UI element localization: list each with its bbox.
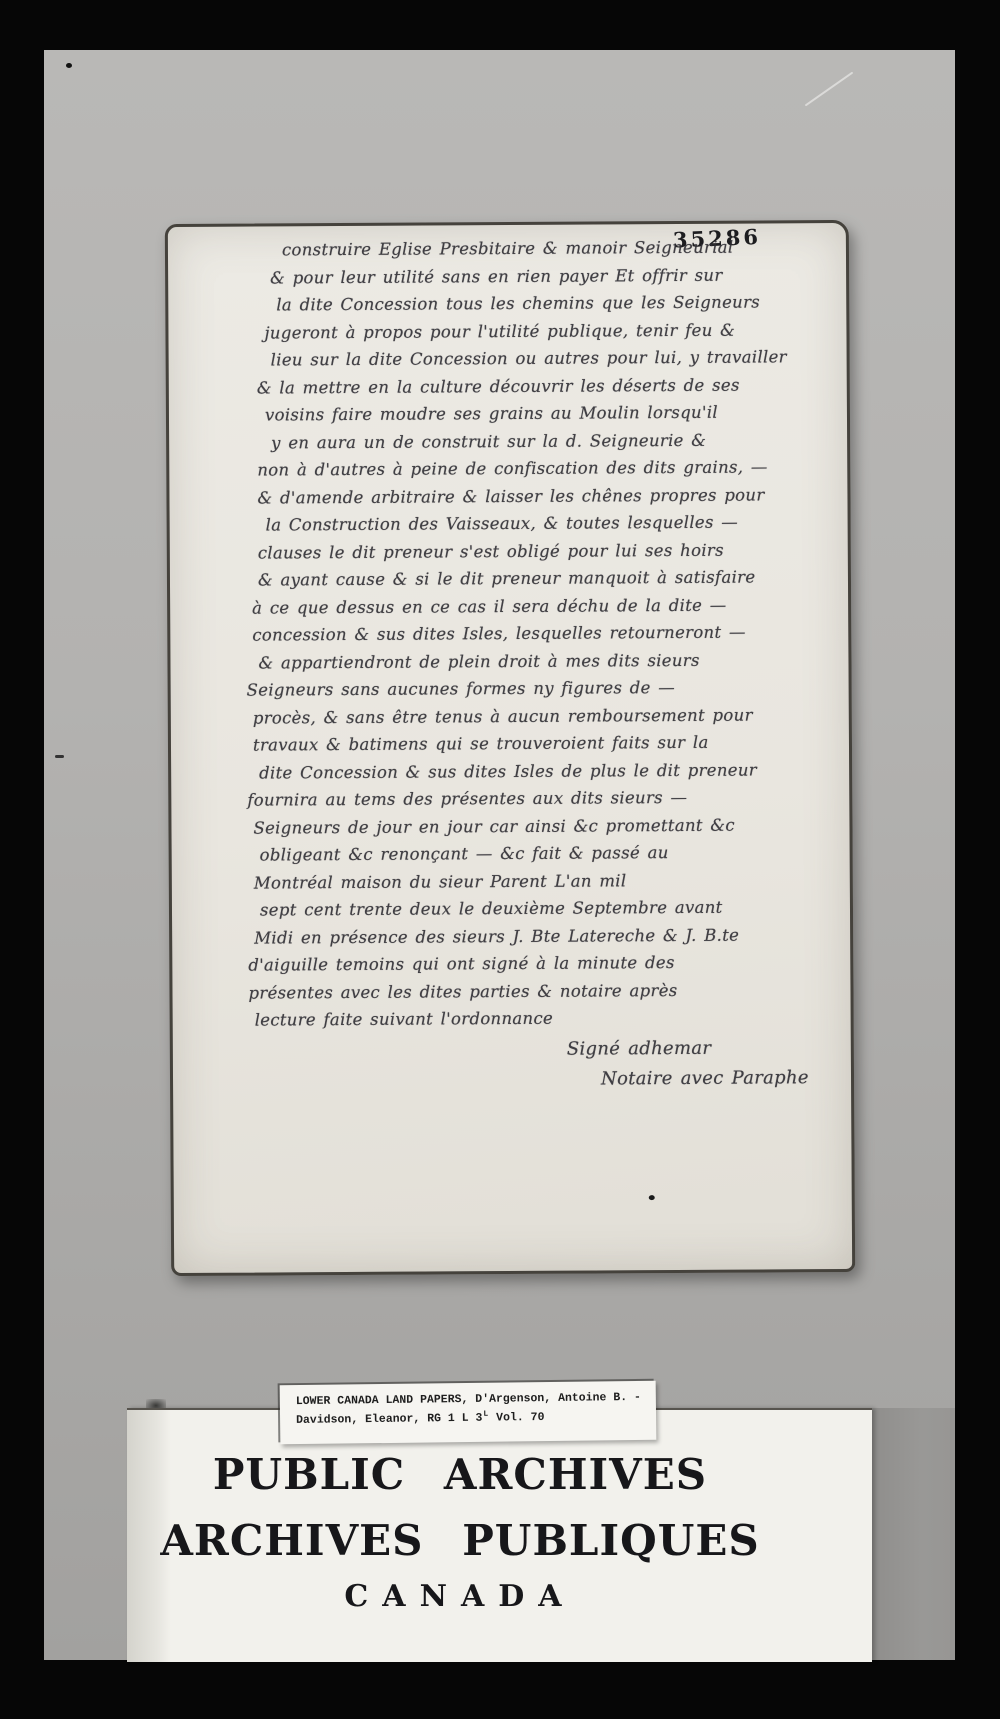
manuscript-line: lieu sur la dite Concession ou autres po…	[271, 343, 813, 374]
film-scratch	[805, 72, 854, 107]
manuscript-line: & pour leur utilité sans en rien payer E…	[270, 261, 812, 292]
manuscript-page: 35286 construire Eglise Presbitaire & ma…	[165, 220, 855, 1276]
manuscript-line: d'aiguille temoins qui ont signé à la mi…	[248, 948, 816, 979]
manuscript-text: construire Eglise Presbitaire & manoir S…	[168, 233, 851, 1098]
card-country: CANADA	[127, 1582, 793, 1612]
manuscript-line: jugeront à propos pour l'utilité publiqu…	[264, 316, 812, 347]
reference-label: LOWER CANADA LAND PAPERS, D'Argenson, An…	[280, 1381, 657, 1445]
manuscript-line: & la mettre en la culture découvrir les …	[257, 371, 813, 402]
manuscript-line: & ayant cause & si le dit preneur manquo…	[258, 563, 814, 594]
archives-card-text: PUBLIC ARCHIVES ARCHIVES PUBLIQUES CANAD…	[127, 1454, 872, 1612]
photo-mount: 35286 construire Eglise Presbitaire & ma…	[44, 50, 955, 1660]
card-right-shadow	[872, 1408, 955, 1660]
manuscript-line: la dite Concession tous les chemins que …	[276, 288, 812, 319]
archives-card: PUBLIC ARCHIVES ARCHIVES PUBLIQUES CANAD…	[127, 1408, 872, 1662]
manuscript-line: Midi en présence des sieurs J. Bte Later…	[254, 921, 816, 952]
manuscript-line: à ce que dessus en ce cas il sera déchu …	[252, 591, 814, 622]
manuscript-line: dite Concession & sus dites Isles de plu…	[259, 756, 815, 787]
manuscript-line: Seigneurs sans aucunes formes ny figures…	[247, 673, 815, 704]
dust-speck	[55, 755, 64, 758]
dust-speck	[66, 63, 72, 68]
manuscript-line: & d'amende arbitraire & laisser les chên…	[257, 481, 813, 512]
manuscript-line: non à d'autres à peine de confiscation d…	[257, 453, 813, 484]
manuscript-line: fournira au tems des présentes aux dits …	[247, 783, 815, 814]
manuscript-line: présentes avec les dites parties & notai…	[248, 976, 816, 1007]
manuscript-line: & appartiendront de plein droit à mes di…	[258, 646, 814, 677]
manuscript-line: travaux & batimens qui se trouveroient f…	[253, 728, 815, 759]
ink-blot	[649, 1195, 655, 1200]
card-title-english: PUBLIC ARCHIVES	[127, 1454, 793, 1496]
card-title-french: ARCHIVES PUBLIQUES	[127, 1520, 793, 1562]
manuscript-line: voisins faire moudre ses grains au Mouli…	[265, 398, 813, 429]
manuscript-line: concession & sus dites Isles, lesquelles…	[252, 618, 814, 649]
signature-line: Signé adhemar	[567, 1034, 817, 1066]
reference-label-line2: Davidson, Eleanor, RG 1 L 3L Vol. 70	[296, 1405, 656, 1428]
manuscript-line: la Construction des Vaisseaux, & toutes …	[266, 508, 814, 539]
reference-label-superscript: L	[483, 1410, 488, 1419]
manuscript-line: clauses le dit preneur s'est obligé pour…	[258, 536, 814, 567]
manuscript-line: lecture faite suivant l'ordonnance	[255, 1003, 817, 1034]
manuscript-line: obligeant &c renonçant — &c fait & passé…	[260, 838, 816, 869]
manuscript-line: Seigneurs de jour en jour car ainsi &c p…	[253, 811, 815, 842]
manuscript-line: sept cent trente deux le deuxième Septem…	[260, 893, 816, 924]
signature-line: Notaire avec Paraphe	[601, 1064, 817, 1095]
manuscript-line: procès, & sans être tenus à aucun rembou…	[253, 701, 815, 732]
manuscript-line: y en aura un de construit sur la d. Seig…	[271, 426, 813, 457]
manuscript-line: Montréal maison du sieur Parent L'an mil	[254, 866, 816, 897]
manuscript-line: construire Eglise Presbitaire & manoir S…	[282, 233, 812, 264]
